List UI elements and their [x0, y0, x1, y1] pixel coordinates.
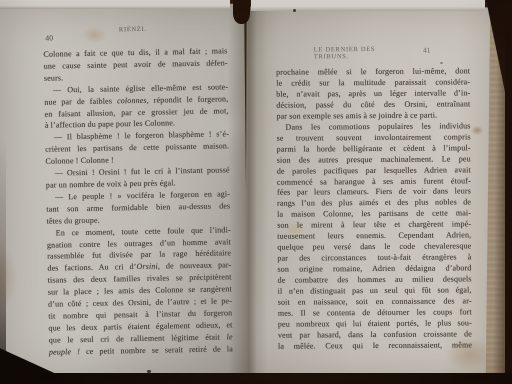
text-line: la mêlée. Ceux qui le reconnaissaient, m… [278, 340, 472, 352]
text-line: sion des autres presque machinalement. L… [277, 154, 471, 166]
right-page-header: LE DERNIER DES TRIBUNS. 41 [276, 44, 470, 58]
stain-speck [293, 9, 296, 12]
left-page-text-block: 40 RIENZI. Colonne a fait ce que tu dis,… [43, 23, 233, 358]
left-running-title: RIENZI. [119, 26, 147, 34]
text-line: décision, passé du côté des Orsini, entr… [276, 99, 470, 111]
right-page-number: 41 [423, 46, 431, 55]
left-page-lines: Colonne a fait ce que tu dis, il a mal f… [43, 45, 233, 358]
right-page-top-edge [251, 0, 485, 11]
stain-speck [147, 370, 151, 373]
right-page-text-block: LE DERNIER DES TRIBUNS. 41 prochaine mêl… [276, 44, 472, 352]
left-page-number: 40 [45, 34, 53, 43]
left-page-top-edge [0, 0, 230, 9]
text-line: parmi la horde belligérante et cèdent à … [277, 143, 471, 155]
photo-dark-edge-left [0, 140, 6, 376]
book-gutter-shadow [228, 0, 268, 384]
text-line: de paroles pacifiques par lesquelles Adr… [277, 165, 471, 177]
photo-dark-edge-right [505, 0, 512, 384]
gutter-top-gap [233, 0, 250, 24]
text-line: se trouvent souvent involontairement com… [277, 132, 471, 144]
right-page-lines: prochaine mêlée si le forgeron lui-même,… [276, 66, 472, 352]
left-page-header: 40 RIENZI. [43, 23, 227, 39]
photo-dark-border-bottom [0, 373, 512, 384]
right-running-title: LE DERNIER DES TRIBUNS. [314, 46, 411, 61]
book-photo-background: 40 RIENZI. Colonne a fait ce que tu dis,… [0, 0, 512, 384]
